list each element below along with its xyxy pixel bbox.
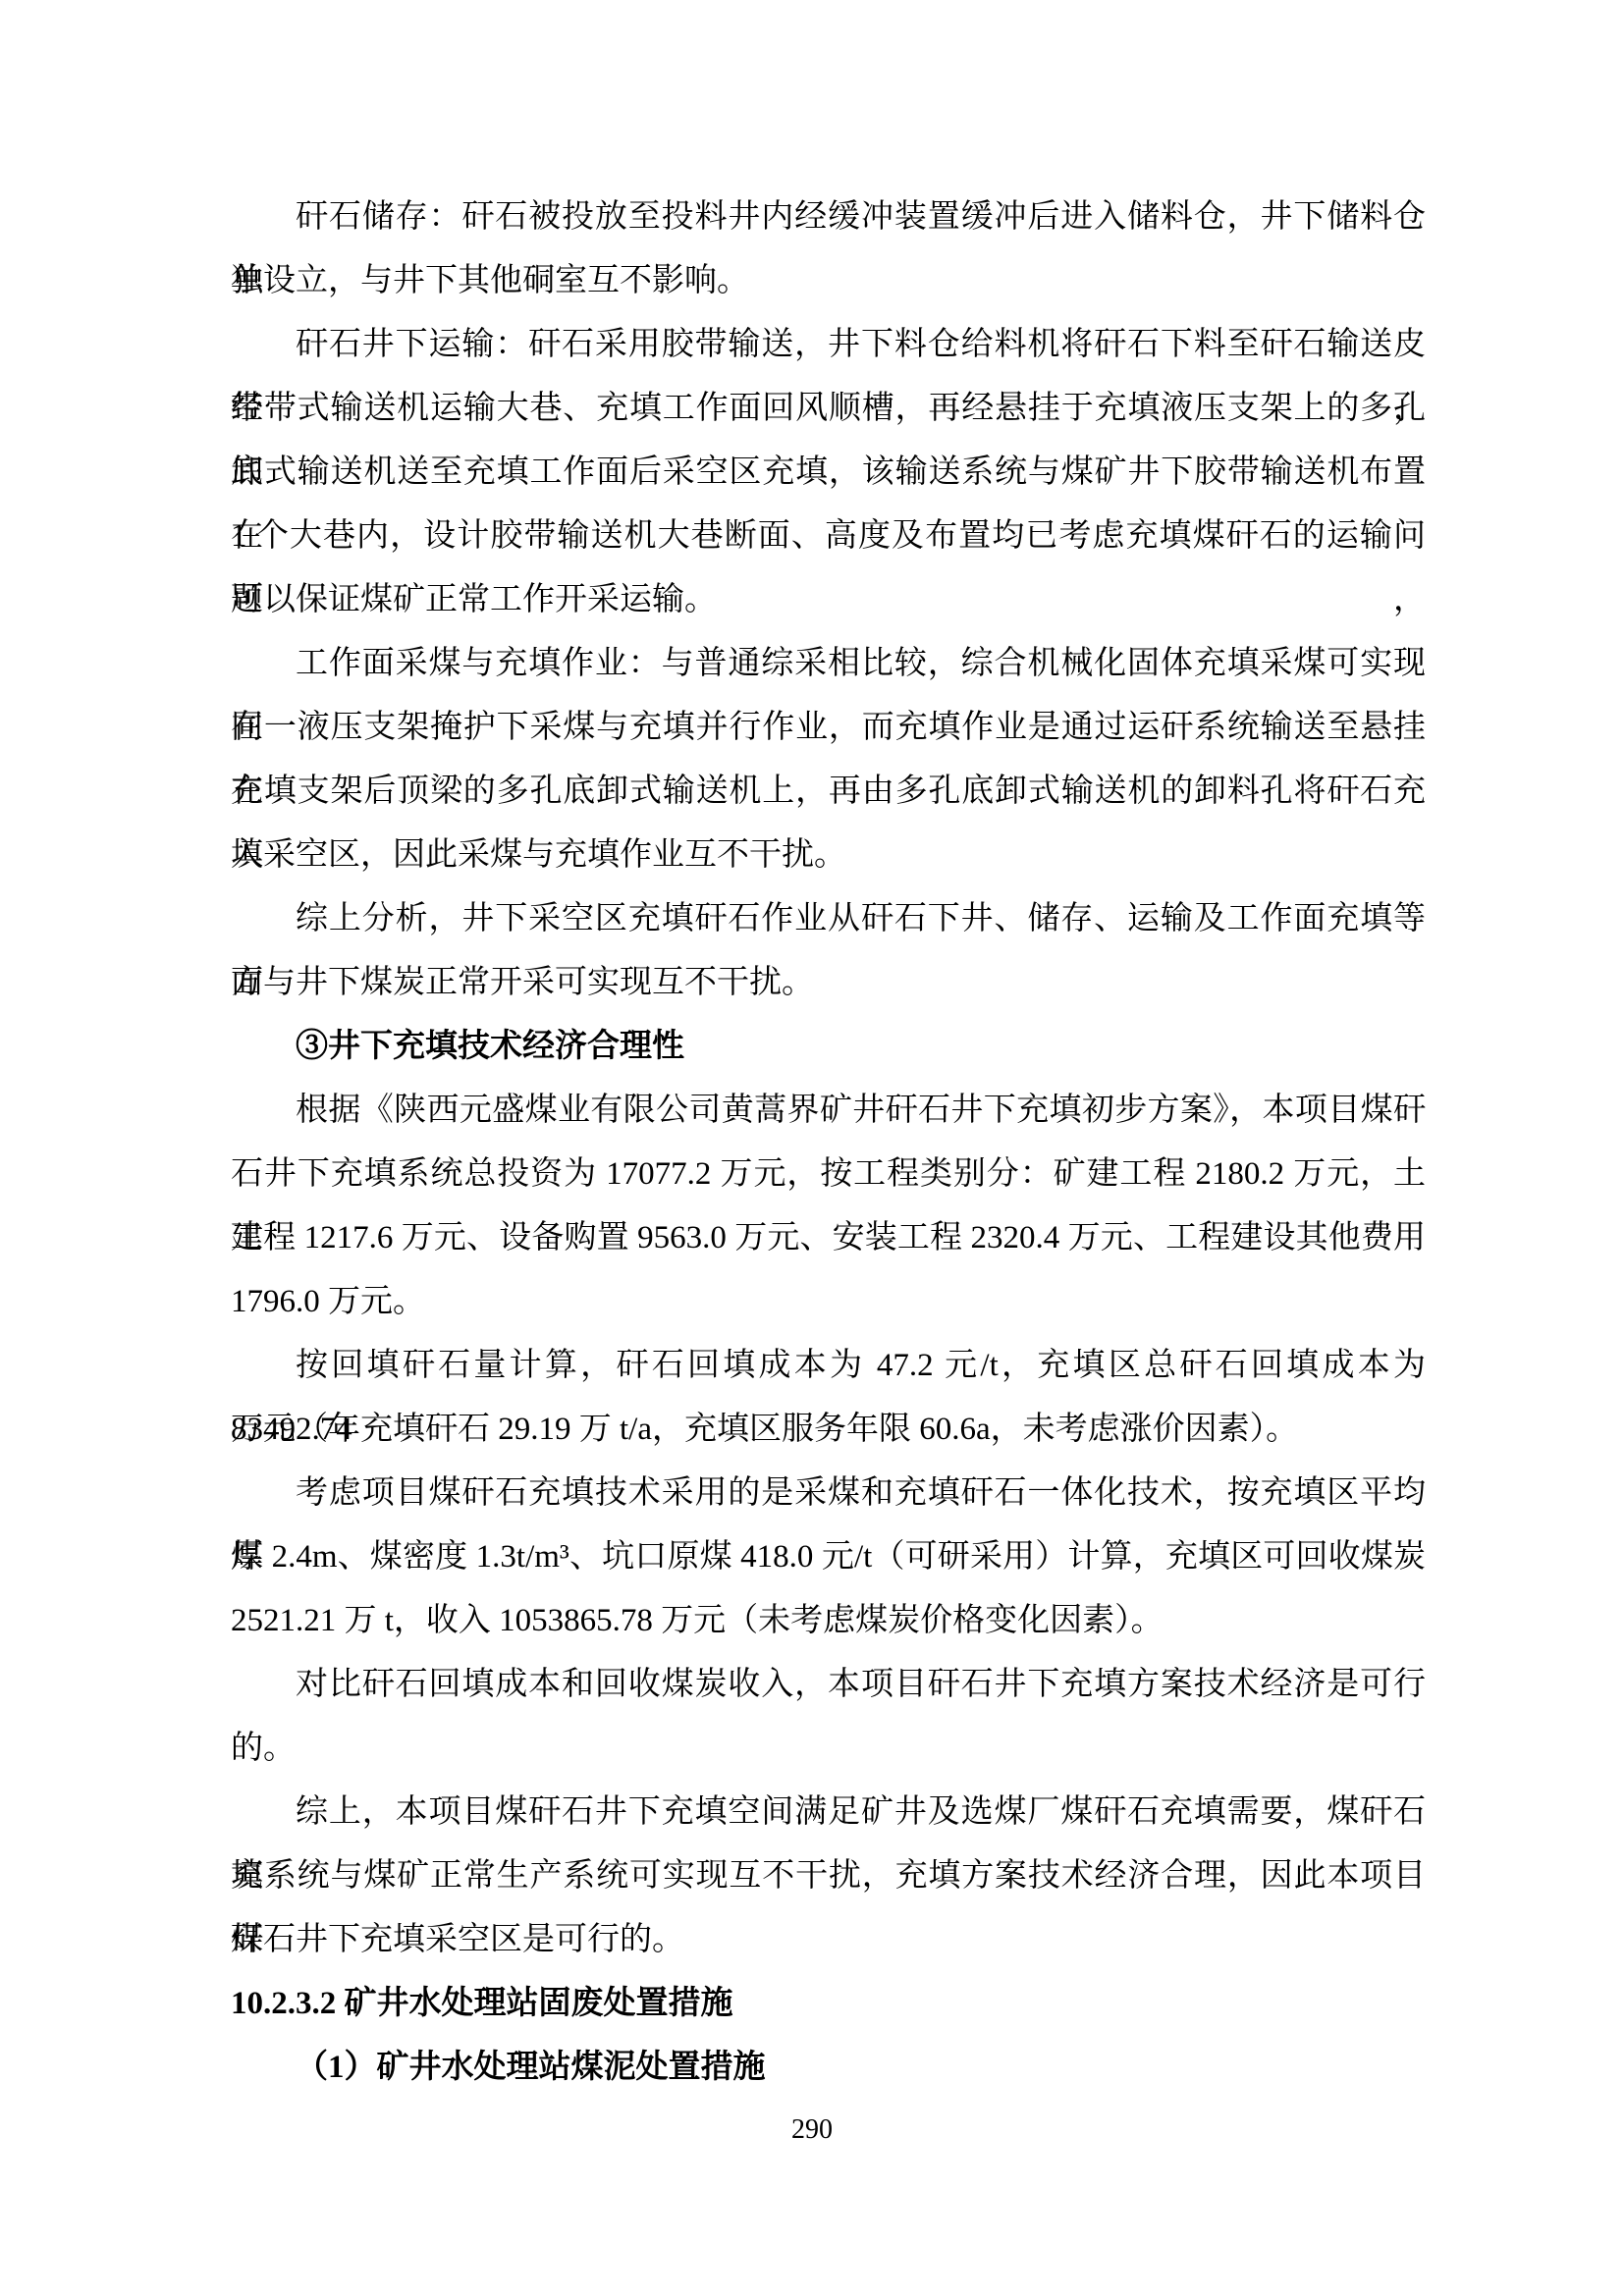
body-line: 矸石井下充填采空区是可行的。 (231, 1908, 1426, 1972)
page-number: 290 (0, 2116, 1624, 2144)
body-line: 卸式输送机送至充填工作面后采空区充填，该输送系统与煤矿井下胶带输送机布置在 (231, 441, 1426, 505)
body-line: 入采空区，因此采煤与充填作业互不干扰。 (231, 824, 1426, 887)
text-content: 矸石储存：矸石被投放至投料井内经缓冲装置缓冲后进入储料仓，井下储料仓单独设立，与… (231, 186, 1426, 2100)
body-line: 2521.21 万 t，收入 1053865.78 万元（未考虑煤炭价格变化因素… (231, 1589, 1426, 1653)
body-line: 根据《陕西元盛煤业有限公司黄蒿界矿井矸石井下充填初步方案》，本项目煤矸 (231, 1079, 1426, 1143)
body-line: 对比矸石回填成本和回收煤炭收入，本项目矸石井下充填方案技术经济是可行 (231, 1653, 1426, 1717)
body-line: 厚 2.4m、煤密度 1.3t/m³、坑口原煤 418.0 元/t（可研采用）计… (231, 1525, 1426, 1589)
body-line: 按回填矸石量计算，矸石回填成本为 47.2 元/t，充填区总矸石回填成本为 83… (231, 1334, 1426, 1398)
body-line: 充填支架后顶梁的多孔底卸式输送机上，再由多孔底卸式输送机的卸料孔将矸石充填 (231, 760, 1426, 824)
body-line: 独设立，与井下其他硐室互不影响。 (231, 249, 1426, 313)
heading-line: 10.2.3.2 矿井水处理站固废处置措施 (231, 1972, 1426, 2036)
body-line: 工作面采煤与充填作业：与普通综采相比较，综合机械化固体充填采煤可实现在 (231, 632, 1426, 696)
body-line: 的。 (231, 1717, 1426, 1781)
body-line: 矸石井下运输：矸石采用胶带输送，井下料仓给料机将矸石下料至矸石输送皮带， (231, 313, 1426, 377)
body-line: 综上，本项目煤矸石井下充填空间满足矿井及选煤厂煤矸石充填需要，煤矸石充 (231, 1781, 1426, 1844)
body-line: 经带式输送机运输大巷、充填工作面回风顺槽，再经悬挂于充填液压支架上的多孔底 (231, 377, 1426, 441)
body-line: 1 个大巷内，设计胶带输送机大巷断面、高度及布置均已考虑充填煤矸石的运输问题， (231, 505, 1426, 568)
heading-line: （1）矿井水处理站煤泥处置措施 (231, 2036, 1426, 2100)
document-page: 矸石储存：矸石被投放至投料井内经缓冲装置缓冲后进入储料仓，井下储料仓单独设立，与… (0, 0, 1624, 2296)
body-line: 考虑项目煤矸石充填技术采用的是采煤和充填矸石一体化技术，按充填区平均煤 (231, 1462, 1426, 1525)
body-line: 矸石储存：矸石被投放至投料井内经缓冲装置缓冲后进入储料仓，井下储料仓单 (231, 186, 1426, 249)
heading-line: ③井下充填技术经济合理性 (231, 1015, 1426, 1079)
body-line: 石井下充填系统总投资为 17077.2 万元，按工程类别分：矿建工程 2180.… (231, 1143, 1426, 1206)
body-line: 面与井下煤炭正常开采可实现互不干扰。 (231, 951, 1426, 1015)
body-line: 综上分析，井下采空区充填矸石作业从矸石下井、储存、运输及工作面充填等方 (231, 887, 1426, 951)
body-line: 填系统与煤矿正常生产系统可实现互不干扰，充填方案技术经济合理，因此本项目煤 (231, 1844, 1426, 1908)
body-line: 万元（年充填矸石 29.19 万 t/a，充填区服务年限 60.6a，未考虑涨价… (231, 1398, 1426, 1462)
body-line: 1796.0 万元。 (231, 1270, 1426, 1334)
body-line: 工程 1217.6 万元、设备购置 9563.0 万元、安装工程 2320.4 … (231, 1206, 1426, 1270)
body-line: 同一液压支架掩护下采煤与充填并行作业，而充填作业是通过运矸系统输送至悬挂在 (231, 696, 1426, 760)
